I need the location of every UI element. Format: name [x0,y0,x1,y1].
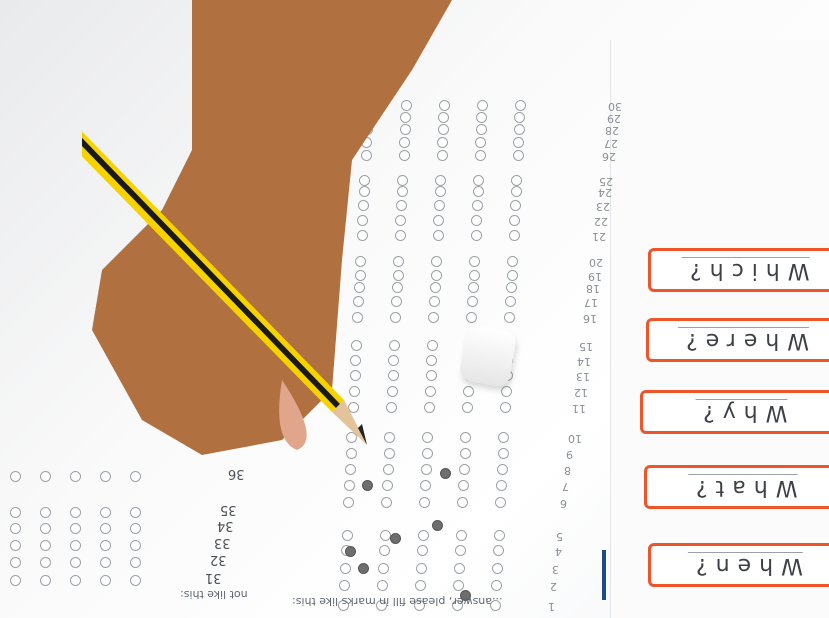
answer-bubble[interactable] [495,497,506,508]
label-text: Where? [678,327,809,353]
question-number: 31 [205,570,222,585]
question-number: 34 [217,518,234,533]
answer-bubble[interactable] [70,557,81,568]
label-text: Which? [682,257,810,283]
label-what: What? [644,465,829,509]
sheet-edge-line [602,550,606,600]
answer-bubble[interactable] [475,150,486,161]
question-number: 15 [579,340,593,353]
answer-bubble[interactable] [10,575,21,586]
question-number: 3 [552,563,559,576]
label-text: Why? [695,399,787,425]
answer-bubble[interactable] [40,575,51,586]
question-number: 12 [574,386,588,399]
question-number: 5 [556,530,563,543]
answer-bubble[interactable] [378,563,389,574]
label-when: When? [648,543,829,587]
filled-bubble [358,563,369,574]
answer-bubble[interactable] [496,480,507,491]
answer-bubble[interactable] [494,530,505,541]
filled-bubble [440,468,451,479]
answer-bubble[interactable] [10,557,21,568]
answer-bubble[interactable] [10,507,21,518]
answer-bubble[interactable] [344,480,355,491]
answer-bubble[interactable] [100,557,111,568]
answer-bubble[interactable] [497,464,508,475]
question-number: 35 [220,502,237,517]
answer-bubble[interactable] [453,580,464,591]
question-number: 29 [607,112,621,125]
answer-bubble[interactable] [100,575,111,586]
answer-bubble[interactable] [511,175,522,186]
instruction-not-like: not like this: [180,588,248,601]
label-where: Where? [646,318,829,362]
answer-bubble[interactable] [511,186,522,197]
question-number: 27 [604,137,618,150]
question-number: 1 [548,600,555,613]
answer-bubble[interactable] [379,545,390,556]
answer-bubble[interactable] [416,563,427,574]
question-number: 9 [566,448,573,461]
answer-bubble[interactable] [130,540,141,551]
answer-bubble[interactable] [421,464,432,475]
answer-bubble[interactable] [471,215,482,226]
question-number: 11 [572,402,586,415]
question-number: 19 [588,270,602,283]
answer-bubble[interactable] [457,497,468,508]
answer-bubble[interactable] [381,497,392,508]
question-number: 20 [589,256,603,269]
answer-bubble[interactable] [515,100,526,111]
question-number: 33 [214,535,231,550]
answer-bubble[interactable] [498,432,509,443]
question-number: 23 [596,200,610,213]
question-number: 30 [608,100,622,113]
answer-bubble[interactable] [475,137,486,148]
answer-bubble[interactable] [70,540,81,551]
instruction-fill: ...answer, please fill in marks like thi… [292,595,503,608]
answer-bubble[interactable] [420,480,431,491]
answer-bubble[interactable] [462,402,473,413]
answer-bubble[interactable] [339,580,350,591]
answer-bubble[interactable] [459,464,470,475]
answer-bubble[interactable] [340,563,351,574]
question-number: 10 [568,432,582,445]
filled-bubble [345,546,356,557]
answer-bubble[interactable] [506,282,517,293]
answer-bubble[interactable] [455,545,466,556]
label-text: What? [688,474,797,500]
answer-bubble[interactable] [498,448,509,459]
answer-bubble[interactable] [100,523,111,534]
answer-bubble[interactable] [70,523,81,534]
question-number: 6 [560,497,567,510]
answer-bubble[interactable] [469,270,480,281]
answer-bubble[interactable] [70,507,81,518]
answer-bubble[interactable] [342,530,353,541]
answer-bubble[interactable] [130,557,141,568]
question-number: 26 [602,150,616,163]
question-number: 22 [594,215,608,228]
answer-bubble[interactable] [130,507,141,518]
answer-bubble[interactable] [40,523,51,534]
answer-bubble[interactable] [10,523,21,534]
answer-bubble[interactable] [377,580,388,591]
filled-bubble [432,520,443,531]
question-number: 2 [550,580,557,593]
answer-bubble[interactable] [100,540,111,551]
answer-bubble[interactable] [130,575,141,586]
question-number: 8 [564,464,571,477]
question-number: 13 [576,370,590,383]
answer-bubble[interactable] [472,200,483,211]
answer-bubble[interactable] [100,507,111,518]
answer-bubble[interactable] [492,563,503,574]
answer-bubble[interactable] [466,312,477,323]
answer-bubble[interactable] [493,545,504,556]
answer-bubble[interactable] [458,480,469,491]
question-number: 4 [555,545,562,558]
answer-bubble[interactable] [505,296,516,307]
answer-bubble[interactable] [473,175,484,186]
answer-bubble[interactable] [513,150,524,161]
question-number: 17 [584,296,598,309]
answer-bubble[interactable] [417,545,428,556]
filled-bubble [390,533,401,544]
answer-bubble[interactable] [507,256,518,267]
answer-bubble[interactable] [469,256,480,267]
answer-bubble[interactable] [510,200,521,211]
answer-bubble[interactable] [514,124,525,135]
hand-with-pencil [82,0,462,460]
answer-bubble[interactable] [10,540,21,551]
answer-bubble[interactable] [382,480,393,491]
answer-bubble[interactable] [100,471,111,482]
answer-bubble[interactable] [130,471,141,482]
answer-bubble[interactable] [501,386,512,397]
answer-bubble[interactable] [514,112,525,123]
answer-bubble[interactable] [491,580,502,591]
eraser [459,324,518,388]
question-number: 32 [210,552,227,567]
question-number: 7 [562,480,569,493]
answer-bubble[interactable] [70,471,81,482]
question-number: 16 [583,312,597,325]
answer-bubble[interactable] [40,540,51,551]
answer-bubble[interactable] [418,530,429,541]
answer-bubble[interactable] [509,230,520,241]
answer-bubble[interactable] [130,523,141,534]
answer-bubble[interactable] [473,186,484,197]
question-number: 25 [599,175,613,188]
label-text: When? [688,552,803,578]
answer-bubble[interactable] [509,215,520,226]
answer-bubble[interactable] [10,471,21,482]
label-why: Why? [640,390,829,434]
answer-bubble[interactable] [40,507,51,518]
answer-bubble[interactable] [40,557,51,568]
answer-bubble[interactable] [467,296,478,307]
answer-bubble[interactable] [507,270,518,281]
answer-bubble[interactable] [504,312,515,323]
answer-bubble[interactable] [468,282,479,293]
label-which: Which? [648,248,829,292]
filled-bubble [362,480,373,491]
question-number: 21 [592,230,606,243]
question-number: 18 [586,282,600,295]
answer-bubble[interactable] [456,530,467,541]
answer-bubble[interactable] [70,575,81,586]
question-number: 28 [605,124,619,137]
answer-bubble[interactable] [476,112,487,123]
answer-bubble[interactable] [513,137,524,148]
answer-bubble[interactable] [471,230,482,241]
question-number: 14 [577,355,591,368]
question-number: 36 [228,466,245,481]
answer-bubble[interactable] [40,471,51,482]
answer-bubble[interactable] [345,464,356,475]
answer-bubble[interactable] [500,402,511,413]
answer-bubble[interactable] [454,563,465,574]
answer-bubble[interactable] [383,464,394,475]
answer-bubble[interactable] [415,580,426,591]
answer-bubble[interactable] [476,124,487,135]
answer-bubble[interactable] [463,386,474,397]
answer-bubble[interactable] [343,497,354,508]
answer-bubble[interactable] [477,100,488,111]
answer-bubble[interactable] [419,497,430,508]
